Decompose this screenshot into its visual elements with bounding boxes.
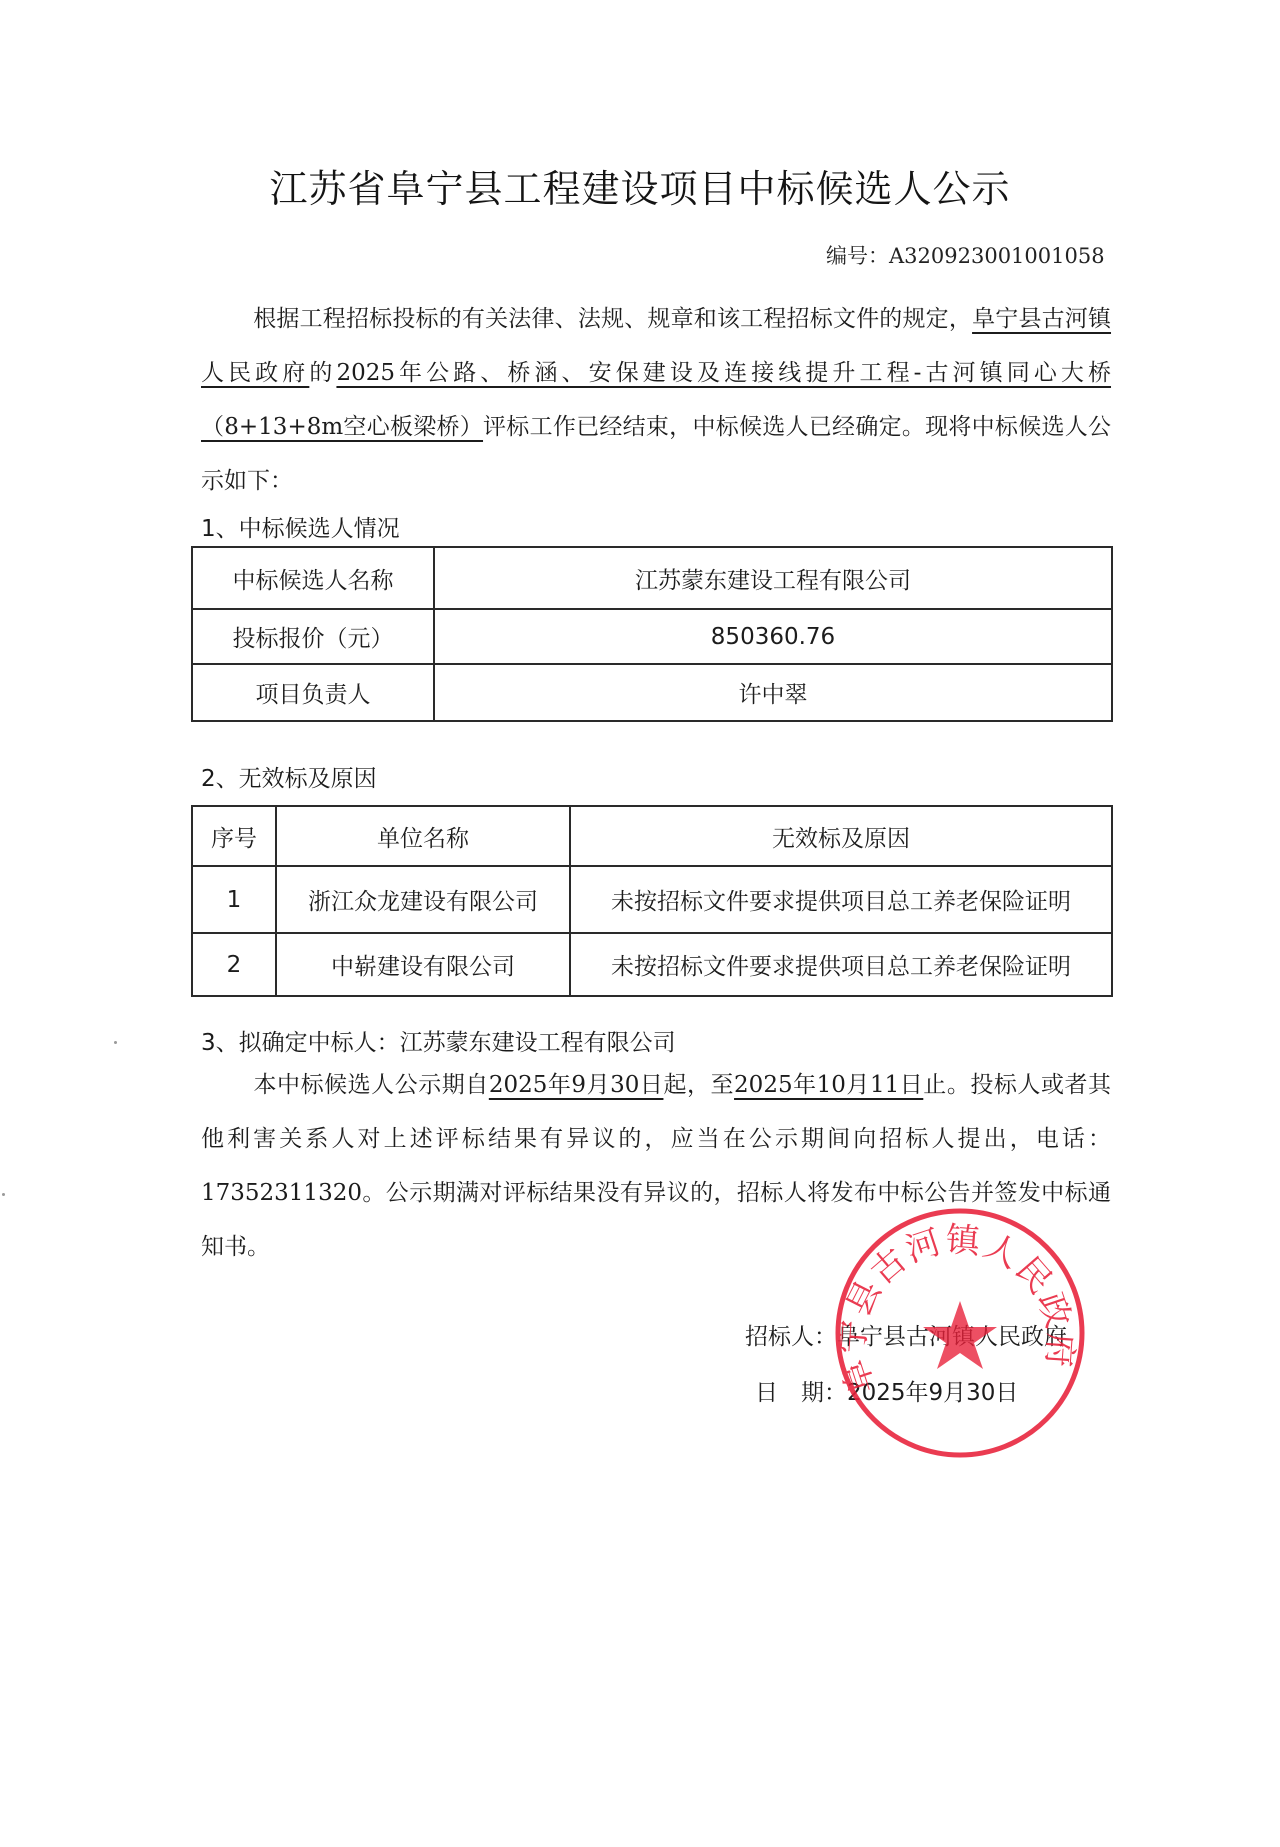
page-title: 江苏省阜宁县工程建设项目中标候选人公示 bbox=[0, 158, 1280, 213]
intro-text: 根据工程招标投标的有关法律、法规、规章和该工程招标文件的规定， bbox=[253, 306, 972, 332]
bid-price-value: 850360.76 bbox=[434, 609, 1112, 664]
table-row: 1 浙江众龙建设有限公司 未按招标文件要求提供项目总工养老保险证明 bbox=[192, 866, 1112, 933]
winner-name: 江苏蒙东建设工程有限公司 bbox=[400, 1030, 676, 1056]
scan-speck bbox=[2, 1193, 5, 1196]
company-name: 中崭建设有限公司 bbox=[276, 933, 570, 996]
phone-number: 17352311320 bbox=[201, 1180, 362, 1206]
notice-paragraph: 本中标候选人公示期自2025年9月30日起，至2025年10月11日止。投标人或… bbox=[201, 1058, 1111, 1274]
document-page: 江苏省阜宁县工程建设项目中标候选人公示 编号：A320923001001058 … bbox=[0, 0, 1280, 1847]
section3-label: 3、拟确定中标人： bbox=[201, 1030, 400, 1056]
intro-paragraph: 根据工程招标投标的有关法律、法规、规章和该工程招标文件的规定，阜宁县古河镇人民政… bbox=[201, 292, 1111, 508]
bid-price-label: 投标报价（元） bbox=[192, 609, 434, 664]
scan-speck bbox=[114, 1041, 117, 1044]
project-manager-value: 许中翠 bbox=[434, 664, 1112, 721]
invalid-bids-table: 序号 单位名称 无效标及原因 1 浙江众龙建设有限公司 未按招标文件要求提供项目… bbox=[191, 805, 1113, 997]
project-manager-label: 项目负责人 bbox=[192, 664, 434, 721]
notice-text: 本中标候选人公示期自 bbox=[253, 1072, 489, 1098]
table-row: 投标报价（元） 850360.76 bbox=[192, 609, 1112, 664]
section2-heading: 2、无效标及原因 bbox=[201, 760, 377, 793]
tenderer-signature: 招标人：阜宁县古河镇人民政府 bbox=[745, 1318, 1067, 1351]
table-header-row: 序号 单位名称 无效标及原因 bbox=[192, 806, 1112, 866]
intro-text: 的 bbox=[309, 360, 336, 386]
notice-text: 起，至 bbox=[663, 1072, 734, 1098]
section3-heading: 3、拟确定中标人：江苏蒙东建设工程有限公司 bbox=[201, 1024, 676, 1057]
tenderer-label: 招标人： bbox=[745, 1324, 837, 1350]
column-header: 无效标及原因 bbox=[570, 806, 1112, 866]
candidate-name-label: 中标候选人名称 bbox=[192, 547, 434, 609]
table-row: 项目负责人 许中翠 bbox=[192, 664, 1112, 721]
invalid-reason: 未按招标文件要求提供项目总工养老保险证明 bbox=[570, 933, 1112, 996]
row-number: 1 bbox=[192, 866, 276, 933]
candidate-table: 中标候选人名称 江苏蒙东建设工程有限公司 投标报价（元） 850360.76 项… bbox=[191, 546, 1113, 722]
candidate-name-value: 江苏蒙东建设工程有限公司 bbox=[434, 547, 1112, 609]
tenderer-value: 阜宁县古河镇人民政府 bbox=[837, 1324, 1067, 1350]
table-row: 中标候选人名称 江苏蒙东建设工程有限公司 bbox=[192, 547, 1112, 609]
document-number-label: 编号： bbox=[826, 244, 889, 268]
column-header: 单位名称 bbox=[276, 806, 570, 866]
column-header: 序号 bbox=[192, 806, 276, 866]
date-signature: 日 期：2025年9月30日 bbox=[755, 1374, 1018, 1407]
document-number-value: A320923001001058 bbox=[889, 244, 1105, 268]
section1-heading: 1、中标候选人情况 bbox=[201, 510, 400, 543]
company-name: 浙江众龙建设有限公司 bbox=[276, 866, 570, 933]
document-number: 编号：A320923001001058 bbox=[826, 240, 1105, 270]
table-row: 2 中崭建设有限公司 未按招标文件要求提供项目总工养老保险证明 bbox=[192, 933, 1112, 996]
date-value: 2025年9月30日 bbox=[847, 1380, 1018, 1406]
invalid-reason: 未按招标文件要求提供项目总工养老保险证明 bbox=[570, 866, 1112, 933]
date-label: 日 期： bbox=[755, 1380, 847, 1406]
end-date: 2025年10月11日 bbox=[734, 1072, 923, 1098]
row-number: 2 bbox=[192, 933, 276, 996]
start-date: 2025年9月30日 bbox=[489, 1072, 664, 1098]
